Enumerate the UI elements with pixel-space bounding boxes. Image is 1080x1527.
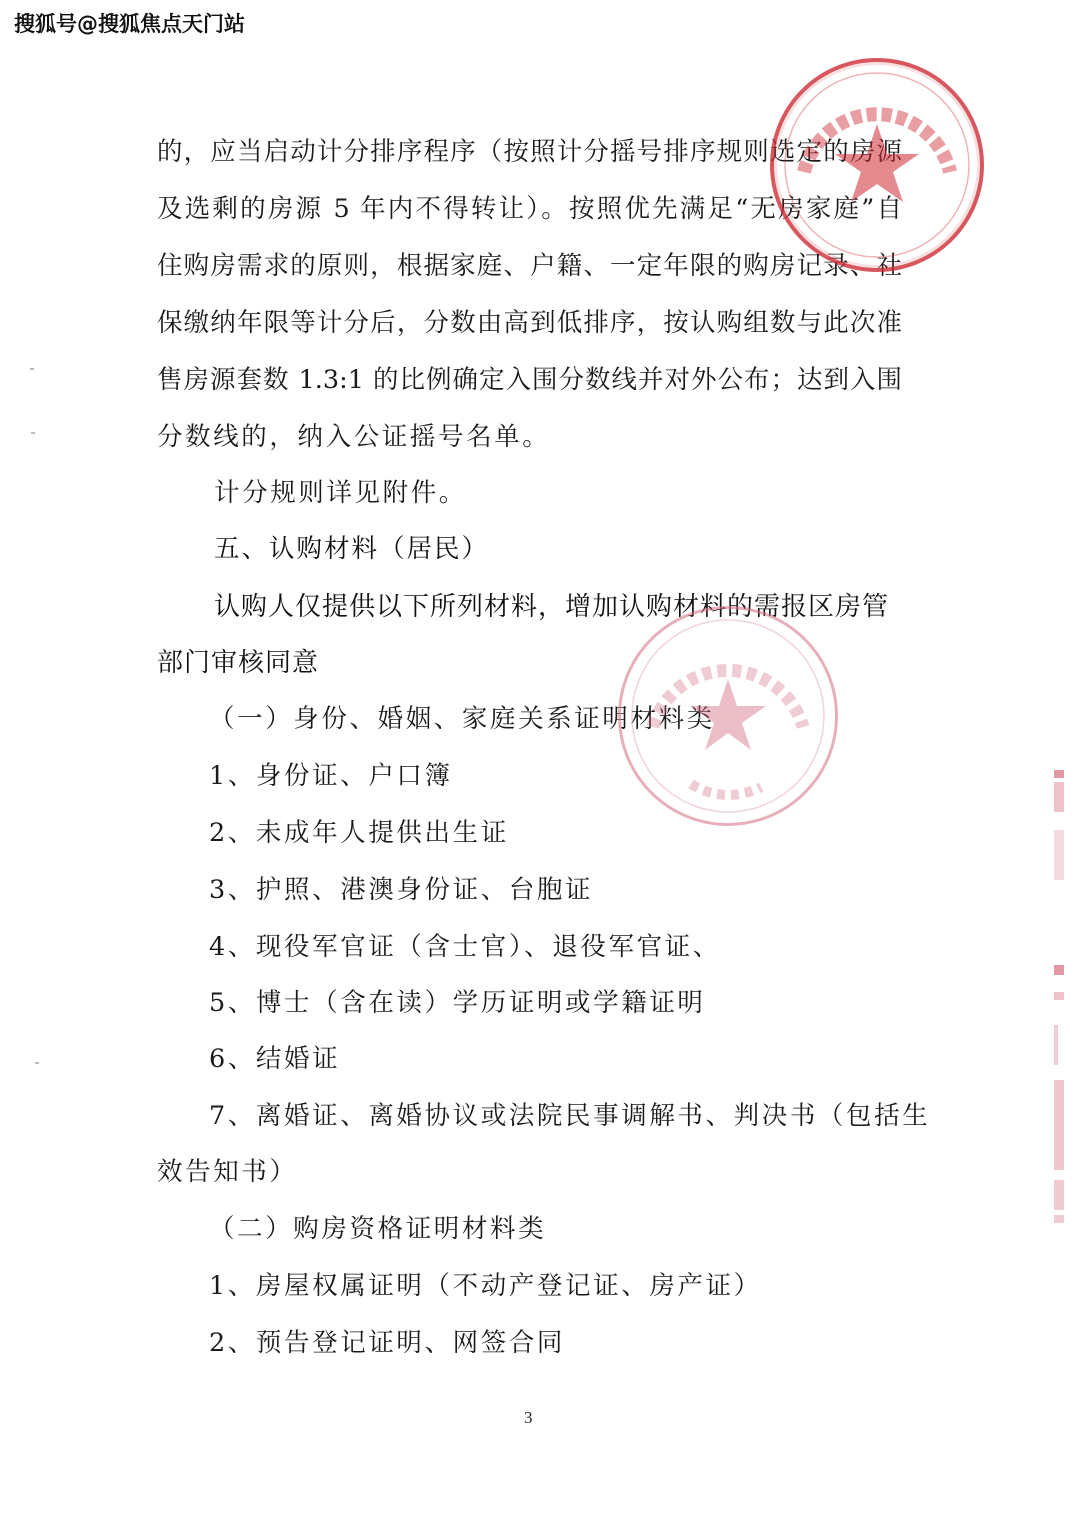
section-intro-line: 部门审核同意 (157, 647, 319, 679)
scoring-note: 计分规则详见附件。 (214, 477, 467, 509)
paragraph-line: 分数线的，纳入公证摇号名单。 (157, 421, 550, 453)
category-heading: （二）购房资格证明材料类 (209, 1213, 546, 1245)
list-item: 6、结婚证 (209, 1043, 340, 1075)
category-heading: （一）身份、婚姻、家庭关系证明材料类 (209, 703, 715, 735)
list-item: 1、房屋权属证明（不动产登记证、房产证） (209, 1270, 762, 1302)
paragraph-line: 住购房需求的原则，根据家庭、户籍、一定年限的购房记录、社 (157, 250, 902, 282)
scan-speck (31, 432, 35, 434)
paragraph-line: 及选剩的房源 5 年内不得转让）。按照优先满足“无房家庭”自 (157, 193, 902, 225)
list-item: 7、离婚证、离婚协议或法院民事调解书、判决书（包括生 (209, 1100, 930, 1132)
paragraph-line: 售房源套数 1.3:1 的比例确定入围分数线并对外公布；达到入围 (157, 364, 902, 396)
page-number: 3 (524, 1408, 533, 1428)
scan-speck (35, 1062, 39, 1064)
scan-speck (30, 368, 34, 370)
source-watermark: 搜狐号@搜狐焦点天门站 (14, 8, 245, 38)
list-item: 1、身份证、户口簿 (209, 760, 453, 792)
list-item: 5、博士（含在读）学历证明或学籍证明 (209, 987, 706, 1019)
paging-seal-strip (1050, 760, 1070, 1230)
section-intro-line: 认购人仅提供以下所列材料，增加认购材料的需报区房管 (214, 591, 889, 623)
section-heading: 五、认购材料（居民） (214, 533, 489, 565)
list-item: 3、护照、港澳身份证、台胞证 (209, 874, 593, 906)
list-item-continuation: 效告知书） (157, 1156, 298, 1188)
paragraph-line: 保缴纳年限等计分后，分数由高到低排序，按认购组数与此次准 (157, 307, 902, 339)
paragraph-line: 的，应当启动计分排序程序（按照计分摇号排序规则选定的房源 (157, 136, 902, 168)
list-item: 4、现役军官证（含士官）、退役军官证、 (209, 931, 721, 963)
list-item: 2、未成年人提供出生证 (209, 817, 509, 849)
list-item: 2、预告登记证明、网签合同 (209, 1327, 565, 1359)
